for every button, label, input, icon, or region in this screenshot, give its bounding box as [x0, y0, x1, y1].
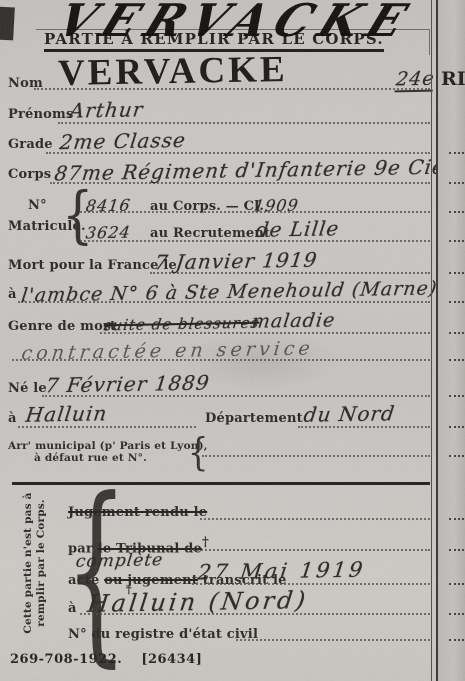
departement-label: Département [205, 411, 303, 426]
adjacent-page-fragment: RI [441, 68, 465, 90]
footer-imprint: 269-708-1922. [10, 652, 122, 667]
edge-dash [449, 301, 464, 303]
jugement-label: Jugement rendu le [68, 505, 207, 520]
arrondissement-label-1: Arr' municipal (p' Paris et Lyon), [8, 440, 208, 452]
edge-dash [449, 152, 464, 154]
grade-value: 2me Classe [58, 128, 187, 154]
footer-imprint-wrap: 269-708-1922. [26434] [10, 652, 202, 667]
lieu-acte-label: à [68, 601, 77, 616]
mort-label: Mort pour la France le [8, 258, 177, 273]
arrondissement-brace [188, 436, 209, 468]
edge-dash [449, 518, 464, 520]
lieu-mort-label: à [8, 287, 17, 302]
tribunal-dotted-line [190, 549, 430, 551]
naissance-label: Né le [8, 381, 47, 396]
edge-dash [449, 272, 464, 274]
prenoms-value: Arthur [68, 97, 144, 122]
edge-dash [449, 359, 464, 361]
prenoms-label: Prénoms [8, 107, 74, 122]
edge-dash [449, 395, 464, 397]
departement-value: du Nord [302, 401, 396, 427]
edge-dash [449, 182, 464, 184]
jugement-dotted-line [200, 518, 430, 520]
corps-value: 87me Régiment d'Infanterie 9e Cie [53, 155, 446, 186]
nom-value-stamp: VERVACKE [58, 48, 288, 95]
matricule-au-recrutement-label: au Recrutement [150, 226, 270, 241]
matricule-au-corps-label: au Corps. — Cl. [150, 199, 264, 214]
prenoms-dotted-line [58, 122, 430, 124]
genre-mort-struck-value: suite de blessures [103, 314, 261, 335]
genre-mort-value-1: maladie [251, 309, 337, 332]
frame-corner [429, 29, 430, 55]
scan-ink-blotch-left [0, 7, 15, 41]
lieu-naissance-value: Halluin [24, 401, 108, 426]
acte-struck: ou jugement [104, 573, 198, 588]
footer-ref: [26434] [141, 652, 202, 667]
edge-dash [449, 583, 464, 585]
side-note-wrap: Cette partie n'est pas à remplir par le … [12, 492, 58, 634]
unit-note: 24e [394, 68, 435, 93]
edge-dash [449, 240, 464, 242]
edge-dash [449, 455, 464, 457]
document-scan: VERVACKE PARTIE À REMPLIR PAR LE CORPS. … [0, 0, 465, 681]
edge-dash [449, 549, 464, 551]
matricule-recrutement-place: de Lille [254, 216, 340, 241]
matricule-no-label: N° [28, 198, 47, 213]
adjacent-page-strip [438, 0, 465, 681]
matricule-recrutement-number: 3624 [85, 223, 132, 243]
edge-dash [449, 426, 464, 428]
edge-dash [449, 211, 464, 213]
edge-dash [449, 639, 464, 641]
acte-date-value: 27 Mai 1919 [196, 558, 367, 585]
lieu-acte-value: Halluin (Nord) [86, 586, 310, 618]
arrondissement-dotted-line [202, 455, 430, 457]
matricule-corps-number: 8416 [85, 196, 132, 216]
card-edge-line [431, 0, 432, 681]
naissance-value: 7 Février 1889 [44, 371, 211, 398]
corps-label: Corps [8, 167, 51, 182]
mort-date-value: 7 Janvier 1919 [153, 248, 319, 275]
edge-dash [449, 332, 464, 334]
acte-prefix: acte [68, 573, 104, 588]
lieu-naissance-label: à [8, 411, 17, 426]
matricule-classe-value: 1909 [253, 196, 300, 216]
registre-label: N° du registre d'état civil [68, 627, 258, 642]
side-note-text: Cette partie n'est pas à remplir par le … [22, 492, 48, 634]
grade-label: Grade [8, 137, 53, 152]
registre-dotted-line [236, 639, 430, 641]
tribunal-dagger: † [202, 535, 209, 550]
edge-dash [449, 613, 464, 615]
